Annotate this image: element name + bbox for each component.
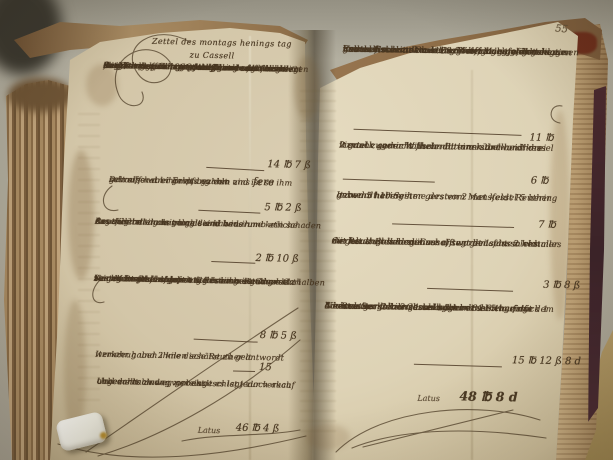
manuscript-entry: Niclaus Seckel zu Cassel sagt bei seinem… [325,300,557,304]
manuscript-line: zu gelt angeschlagen [332,234,426,248]
entry-dash [414,364,502,368]
manuscript-line: haus als zu gelt angeschlagen [325,300,458,314]
page-footer-label: Latus [417,394,440,403]
manuscript-entry: Itzmehr haben ihme des vom Mansfeldt Reu… [337,188,565,192]
entry-dash [392,223,514,228]
entry-dash [354,129,522,136]
entry-dash [427,288,513,292]
entry-amount: 3 ℔ 8 ß [543,280,580,292]
manuscript-photo: Zettel des montags henings tag zu Cassel… [0,0,613,460]
marker-stain [100,432,107,439]
right-page-text: 55 Frantz Erkel zu Cassel sagt bei seine… [0,0,613,460]
folio-number: 55 [555,23,569,35]
manuscript-entry: Gerhardt Bullen zu Cassel sagt bei seine… [332,234,560,238]
entry-dash [343,179,435,183]
entry-amount: 6 ℔ [531,176,549,187]
manuscript-line: viertel zugericht fisch mit eim kübell u… [339,139,554,155]
entry-amount: 15 ℔ 12 ß 8 d [512,355,581,367]
manuscript-line: geben 5 hering [336,188,403,201]
manuscript-line: getrunken mit dem haus alles zu gelt ang… [343,43,572,60]
page-footer-amount: 48 ℔ 8 d [459,388,517,404]
manuscript-entry: Frantz Erkel zu Cassel sagt bei seinem e… [343,43,571,47]
entry-amount: 7 ℔ [538,220,556,231]
